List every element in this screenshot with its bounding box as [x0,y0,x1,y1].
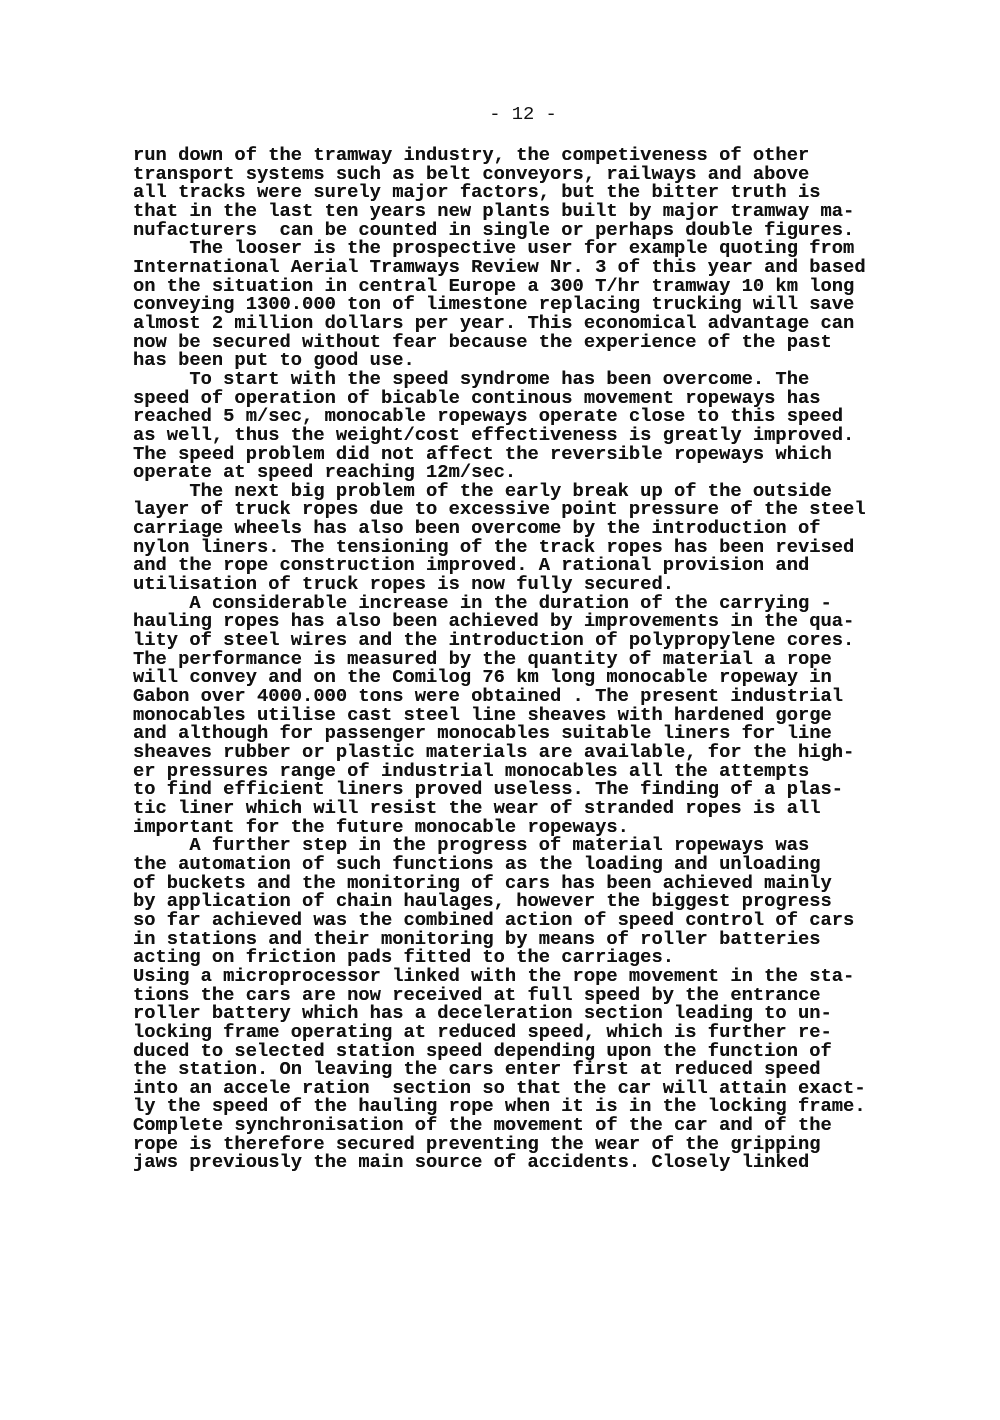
text-line: Using a microprocessor linked with the r… [133,967,893,986]
text-line: tic liner which will resist the wear of … [133,799,893,818]
text-line: operate at speed reaching 12m/sec. [133,463,893,482]
text-line: utilisation of truck ropes is now fully … [133,575,893,594]
text-line: locking frame operating at reduced speed… [133,1023,893,1042]
page-number: - 12 - [0,103,1000,125]
text-line: carriage wheels has also been overcome b… [133,519,893,538]
text-line: so far achieved was the combined action … [133,911,893,930]
text-line: almost 2 million dollars per year. This … [133,314,893,333]
text-line: lity of steel wires and the introduction… [133,631,893,650]
text-line: the station. On leaving the cars enter f… [133,1060,893,1079]
text-line: Gabon over 4000.000 tons were obtained .… [133,687,893,706]
text-line: that in the last ten years new plants bu… [133,202,893,221]
text-line: To start with the speed syndrome has bee… [133,370,893,389]
text-line: International Aerial Tramways Review Nr.… [133,258,893,277]
document-body: run down of the tramway industry, the co… [133,146,893,1172]
text-line: run down of the tramway industry, the co… [133,146,893,165]
text-line: Complete synchronisation of the movement… [133,1116,893,1135]
text-line: sheaves rubber or plastic materials are … [133,743,893,762]
text-line: jaws previously the main source of accid… [133,1153,893,1172]
text-line: the automation of such functions as the … [133,855,893,874]
text-line: as well, thus the weight/cost effectiven… [133,426,893,445]
